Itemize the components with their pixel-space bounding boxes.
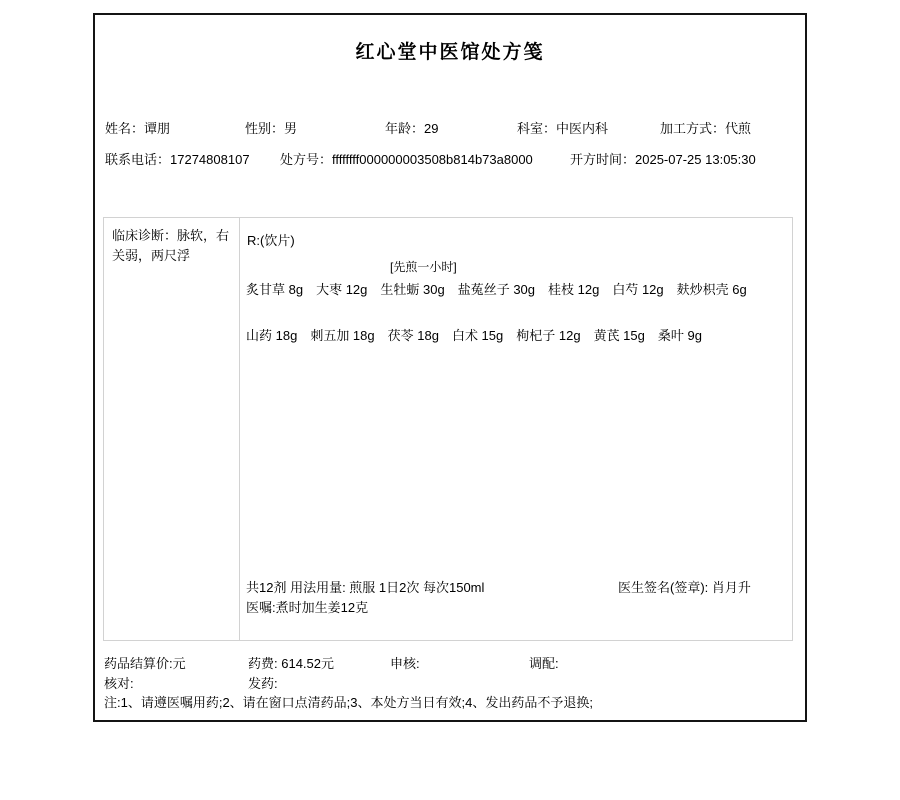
- field-label: 发药:: [248, 676, 278, 691]
- medical-advice: 医嘱:煮时加生姜12克: [246, 597, 368, 616]
- herb-item: 白术 15g: [452, 328, 503, 343]
- field-label: 姓名：: [105, 121, 144, 136]
- field-label: 调配:: [529, 656, 559, 671]
- field-prescription-number: 处方号：ffffffff000000003508b814b73a8000: [280, 149, 533, 168]
- herb-item: 茯苓 18g: [388, 328, 439, 343]
- field-review: 申核:: [390, 653, 420, 672]
- medical-advice-text: 煮时加生姜12克: [276, 600, 368, 615]
- field-prescription-time: 开方时间：2025-07-25 13:05:30: [570, 149, 756, 168]
- herb-item: 生牡蛎 30g: [380, 282, 444, 297]
- diagnosis-label: 临床诊断：: [112, 228, 177, 243]
- field-label: 性别：: [245, 121, 284, 136]
- herb-line-2: 山药 18g刺五加 18g茯苓 18g白术 15g枸杞子 12g黄芪 15g桑叶…: [246, 325, 715, 344]
- herb-item: 桑叶 9g: [658, 328, 702, 343]
- field-dispense: 发药:: [248, 673, 278, 692]
- field-compound: 调配:: [529, 653, 559, 672]
- rx-header: R:(饮片): [247, 230, 295, 249]
- field-label: 年龄：: [385, 121, 424, 136]
- doctor-signature-name: 肖月升: [712, 580, 751, 595]
- field-label: 药品结算价:: [104, 656, 173, 671]
- prescription-document: 红心堂中医馆处方笺 姓名：谭朋 性别：男 年龄：29 科室：中医内科 加工方式：…: [93, 13, 807, 722]
- herb-line-1: 炙甘草 8g大枣 12g生牡蛎 30g盐菟丝子 30g桂枝 12g白芍 12g麸…: [246, 279, 760, 298]
- dosage-summary: 共12剂 用法用量: 煎服 1日2次 每次150ml: [246, 577, 484, 596]
- herb-item: 枸杞子 12g: [516, 328, 580, 343]
- page-title: 红心堂中医馆处方笺: [95, 37, 805, 64]
- field-label: 申核:: [390, 656, 420, 671]
- field-value: ffffffff000000003508b814b73a8000: [332, 152, 533, 167]
- herb-item: 白芍 12g: [612, 282, 663, 297]
- field-value: 2025-07-25 13:05:30: [635, 152, 756, 167]
- medical-advice-label: 医嘱:: [246, 600, 276, 615]
- field-patient-name: 姓名：谭朋: [105, 118, 170, 137]
- field-settlement-price: 药品结算价:元: [104, 653, 186, 672]
- field-value: 614.52元: [281, 656, 334, 671]
- field-label: 科室：: [517, 121, 556, 136]
- prescription-body: 临床诊断：脉软，右关弱，两尺浮 R:(饮片) [先煎一小时] 炙甘草 8g大枣 …: [103, 217, 793, 641]
- field-medicine-fee: 药费: 614.52元: [248, 653, 334, 672]
- field-value: 元: [173, 656, 186, 671]
- field-check: 核对:: [104, 673, 134, 692]
- field-value: 中医内科: [556, 121, 608, 136]
- herb-item: 炙甘草 8g: [246, 282, 303, 297]
- field-processing-method: 加工方式：代煎: [660, 118, 751, 137]
- field-value: 代煎: [725, 121, 751, 136]
- herb-item: 大枣 12g: [316, 282, 367, 297]
- field-value: 谭朋: [144, 121, 170, 136]
- field-value: 男: [284, 121, 297, 136]
- herb-item: 麸炒枳壳 6g: [677, 282, 747, 297]
- doctor-signature-label: 医生签名(签章):: [618, 580, 712, 595]
- field-label: 加工方式：: [660, 121, 725, 136]
- herb-item: 黄芪 15g: [594, 328, 645, 343]
- doctor-signature: 医生签名(签章): 肖月升: [618, 577, 751, 596]
- footnote: 注:1、请遵医嘱用药;2、请在窗口点清药品;3、本处方当日有效;4、发出药品不予…: [104, 692, 593, 711]
- herb-item: 盐菟丝子 30g: [458, 282, 535, 297]
- field-label: 核对:: [104, 676, 134, 691]
- diagnosis-panel: 临床诊断：脉软，右关弱，两尺浮: [104, 218, 240, 640]
- field-gender: 性别：男: [245, 118, 297, 137]
- field-value: 29: [424, 121, 438, 136]
- field-label: 药费:: [248, 656, 281, 671]
- decoction-note: [先煎一小时]: [390, 258, 457, 275]
- field-label: 处方号：: [280, 152, 332, 167]
- herb-item: 刺五加 18g: [310, 328, 374, 343]
- herb-item: 桂枝 12g: [548, 282, 599, 297]
- field-label: 开方时间：: [570, 152, 635, 167]
- field-phone: 联系电话：17274808107: [105, 149, 250, 168]
- herb-item: 山药 18g: [246, 328, 297, 343]
- field-age: 年龄：29: [385, 118, 438, 137]
- field-value: 17274808107: [170, 152, 250, 167]
- field-label: 联系电话：: [105, 152, 170, 167]
- field-department: 科室：中医内科: [517, 118, 608, 137]
